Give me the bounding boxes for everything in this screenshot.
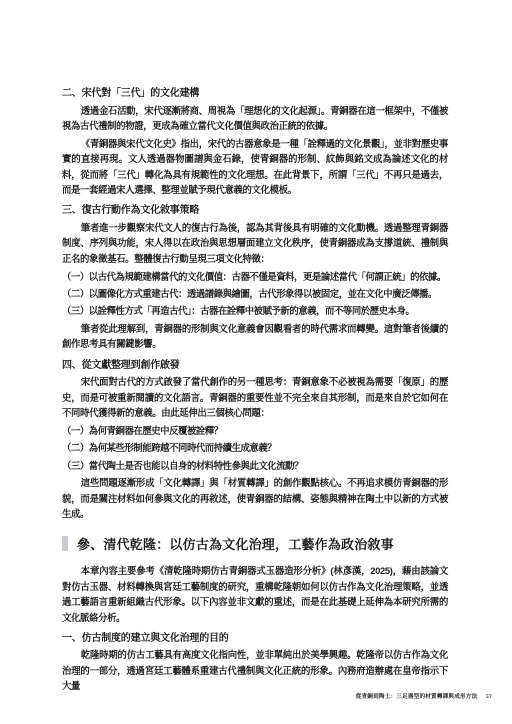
- body-paragraph: 《青銅器與宋代文化史》指出，宋代的古器意象是一種「詮釋過的文化景觀」，並非對歷史…: [62, 136, 448, 198]
- numbered-item: （二）為何某些形制能跨越不同時代而持續生成意義？: [62, 440, 448, 455]
- section-marker-bar: [62, 536, 68, 551]
- chapter-heading-text: 參、清代乾隆：以仿古為文化治理，工藝作為政治敘事: [77, 534, 394, 553]
- document-page: 二、宋代對「三代」的文化建構 透過金石活動，宋代逐漸將商、周視為「理想化的文化起…: [0, 0, 512, 724]
- body-paragraph: 透過金石活動，宋代逐漸將商、周視為「理想化的文化起源」。青銅器在這一框架中，不僅…: [62, 103, 448, 134]
- page-number: 57: [486, 694, 492, 700]
- numbered-item: （一）以古代為規範建構當代的文化價值：古器不僅是資料，更是論述當代「何謂正統」的…: [62, 269, 448, 284]
- numbered-item: （三）當代陶土是否也能以自身的材料特性參與此文化流動？: [62, 458, 448, 473]
- subsection-heading-song-construction: 二、宋代對「三代」的文化建構: [62, 84, 448, 99]
- subsection-heading-fanggu-system: 一、仿古制度的建立與文化治理的目的: [62, 629, 448, 644]
- subsection-heading-fugu-strategy: 三、復古行動作為文化敘事策略: [62, 201, 448, 216]
- body-paragraph: 這些問題逐漸形成「文化轉譯」與「材質轉譯」的創作觀點核心。不再追求模仿青銅器的形…: [62, 475, 448, 521]
- chapter-heading-qianlong: 參、清代乾隆：以仿古為文化治理，工藝作為政治敘事: [62, 534, 448, 553]
- running-title: 從青銅到陶土：三足器型的材質轉譯與成形方法: [356, 694, 478, 700]
- body-paragraph: 本章內容主要參考《清乾隆時期仿古青銅器式玉器造形分析》(林彥漢，2025)，藉由…: [62, 563, 448, 625]
- subsection-heading-literature-inspiration: 四、從文獻整理到創作啟發: [62, 356, 448, 371]
- body-paragraph: 筆者進一步觀察宋代文人的復古行為後，認為其背後具有明確的文化動機。透過整理青銅器…: [62, 220, 448, 266]
- numbered-item: （二）以圖像化方式重建古代：透過譜錄與繪圖，古代形象得以被固定，並在文化中廣泛傳…: [62, 286, 448, 301]
- page-content: 二、宋代對「三代」的文化建構 透過金石活動，宋代逐漸將商、周視為「理想化的文化起…: [62, 84, 448, 696]
- numbered-item: （一）為何青銅器在歷史中反覆被詮釋？: [62, 423, 448, 438]
- body-paragraph: 宋代面對古代的方式啟發了當代創作的另一種思考：青銅意象不必被視為需要「復原」的歷…: [62, 374, 448, 420]
- page-footer: 從青銅到陶土：三足器型的材質轉譯與成形方法 57: [356, 692, 492, 700]
- body-paragraph: 筆者從此理解到，青銅器的形制與文化意義會因觀看者的時代需求而轉變。這對筆者後續的…: [62, 321, 448, 352]
- numbered-item: （三）以詮釋性方式「再造古代」：古器在詮釋中被賦予新的意義，而不等同於歷史本身。: [62, 303, 448, 318]
- body-paragraph: 乾隆時期的仿古工藝具有高度文化指向性，並非單純出於美學興趣。乾隆帝以仿古作為文化…: [62, 647, 448, 693]
